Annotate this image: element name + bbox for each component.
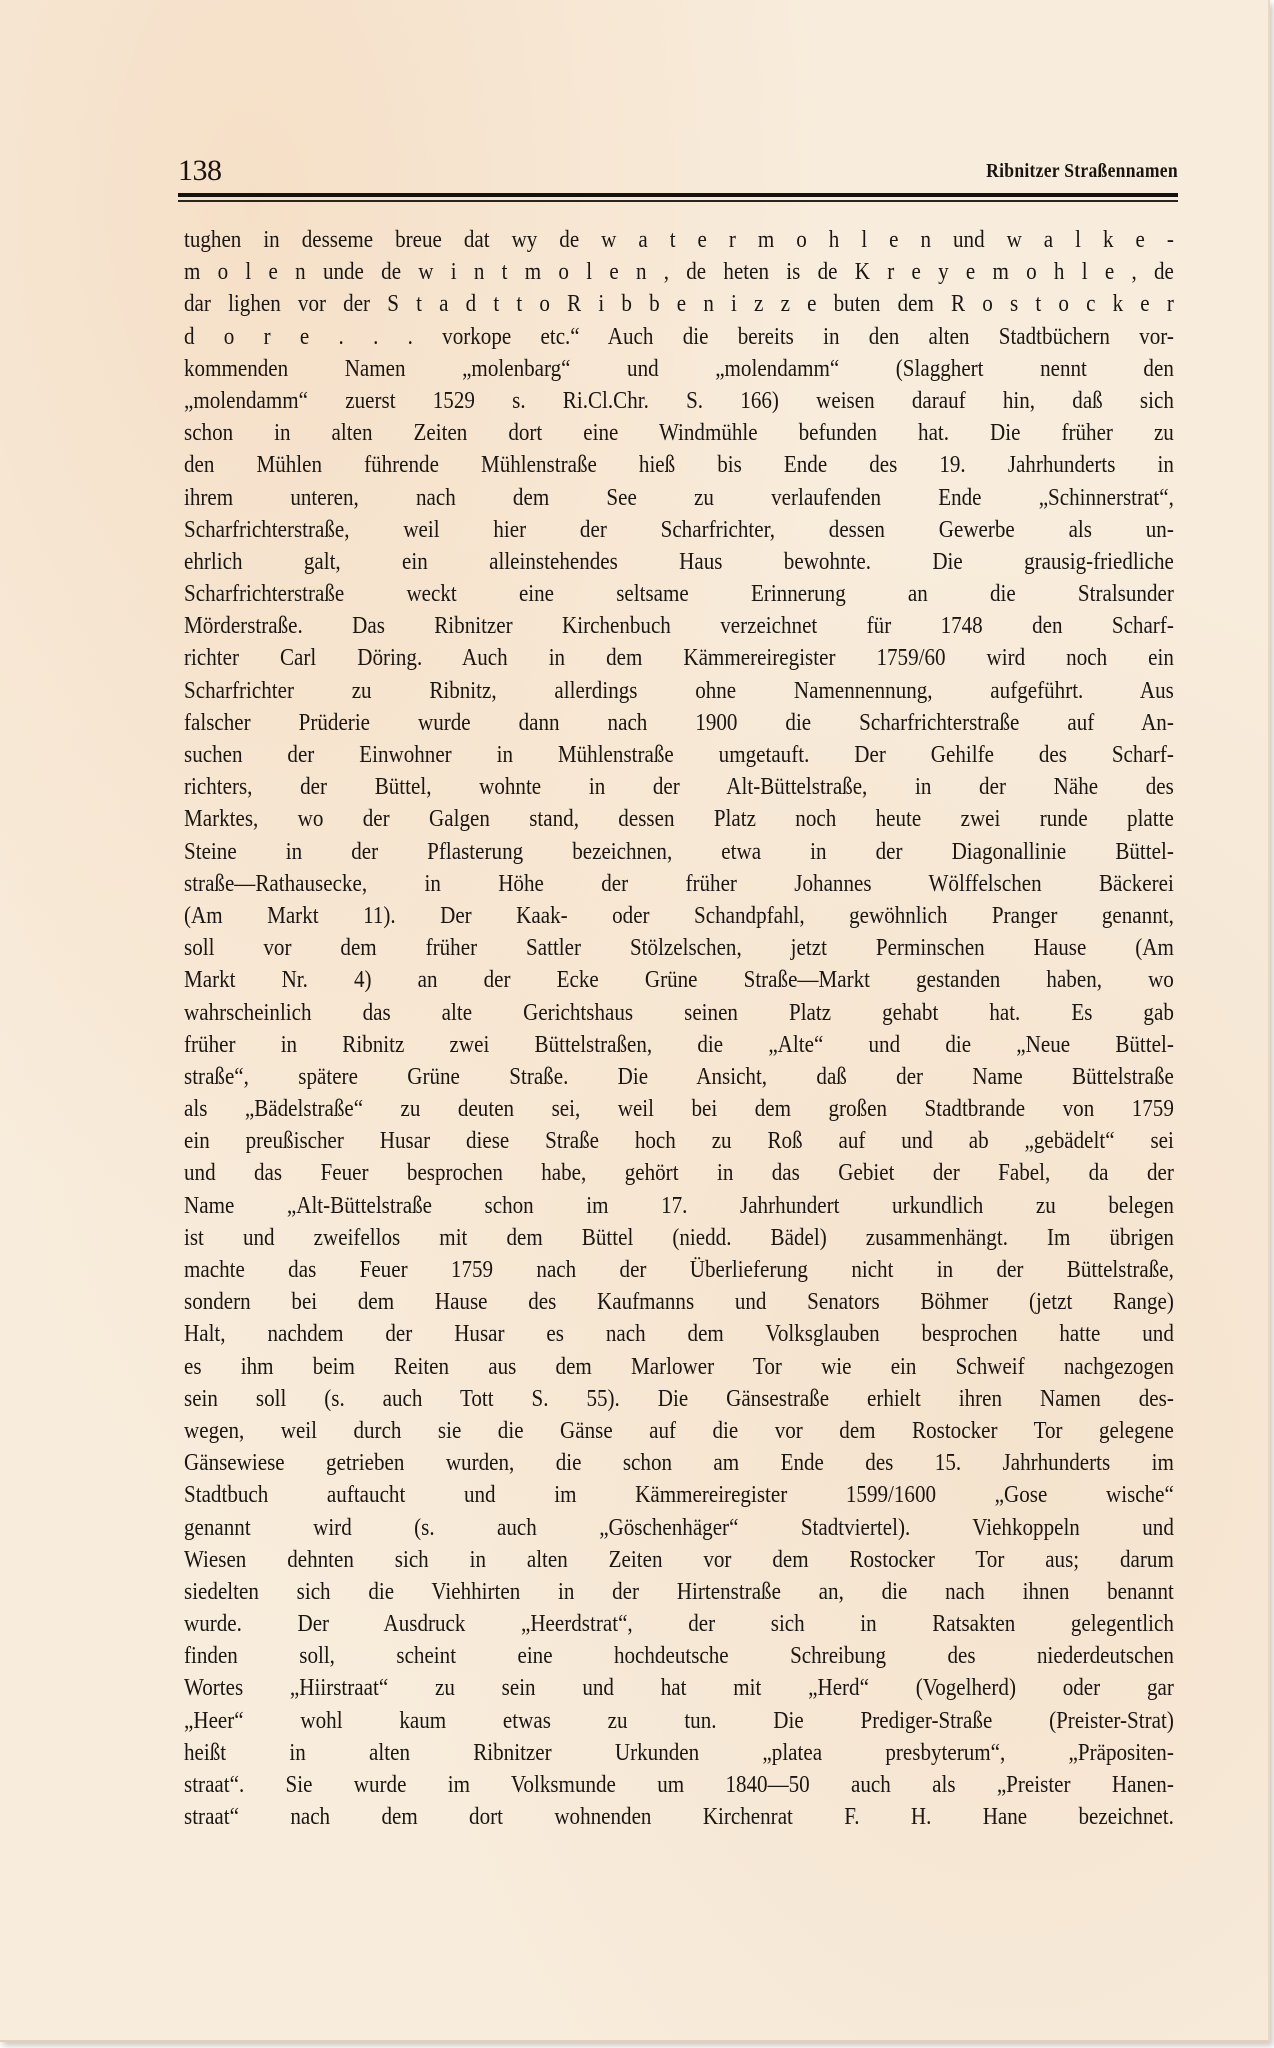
text-line <box>184 1833 1174 1865</box>
text-line: finden soll, scheint eine hochdeutsche S… <box>184 1640 1174 1672</box>
text-line: Scharfrichter zu Ribnitz, allerdings ohn… <box>184 675 1174 707</box>
text-line: straat“. Sie wurde im Volksmunde um 1840… <box>184 1769 1174 1801</box>
page-header: 138 Ribnitzer Straßennamen <box>178 152 1178 196</box>
text-line: Wortes „Hiirstraat“ zu sein und hat mit … <box>184 1672 1174 1704</box>
text-line: ein preußischer Husar diese Straße hoch … <box>184 1125 1174 1157</box>
text-line: wurde. Der Ausdruck „Heerdstrat“, der si… <box>184 1608 1174 1640</box>
text-line: sein soll (s. auch Tott S. 55). Die Gäns… <box>184 1383 1174 1415</box>
text-line: Wiesen dehnten sich in alten Zeiten vor … <box>184 1544 1174 1576</box>
text-line: dar lighen vor der S t a d t t o R i b b… <box>184 288 1174 320</box>
text-line: kommenden Namen „molenbarg“ und „molenda… <box>184 353 1174 385</box>
text-line: falscher Prüderie wurde dann nach 1900 d… <box>184 707 1174 739</box>
text-line: wahrscheinlich das alte Gerichtshaus sei… <box>184 997 1174 1029</box>
text-line: richters, der Büttel, wohnte in der Alt-… <box>184 771 1174 803</box>
text-line: heißt in alten Ribnitzer Urkunden „plate… <box>184 1737 1174 1769</box>
running-title: Ribnitzer Straßennamen <box>986 160 1178 183</box>
text-line: ihrem unteren, nach dem See zu verlaufen… <box>184 482 1174 514</box>
text-line: Marktes, wo der Galgen stand, dessen Pla… <box>184 803 1174 835</box>
text-line: ist und zweifellos mit dem Büttel (niedd… <box>184 1222 1174 1254</box>
text-line: d o r e . . . vorkope etc.“ Auch die ber… <box>184 321 1174 353</box>
body-paragraph: tughen in desseme breue dat wy de w a t … <box>184 224 1174 1866</box>
text-line: machte das Feuer 1759 nach der Überliefe… <box>184 1254 1174 1286</box>
text-line: Scharfrichterstraße, weil hier der Schar… <box>184 514 1174 546</box>
text-line: straße—Rathausecke, in Höhe der früher J… <box>184 868 1174 900</box>
text-line: straße“, spätere Grüne Straße. Die Ansic… <box>184 1061 1174 1093</box>
text-line: den Mühlen führende Mühlenstraße hieß bi… <box>184 449 1174 481</box>
header-rule-thick <box>178 193 1178 197</box>
text-line: suchen der Einwohner in Mühlenstraße umg… <box>184 739 1174 771</box>
text-line: es ihm beim Reiten aus dem Marlower Tor … <box>184 1351 1174 1383</box>
text-line: siedelten sich die Viehhirten in der Hir… <box>184 1576 1174 1608</box>
page-number: 138 <box>178 154 222 188</box>
text-line: ehrlich galt, ein alleinstehendes Haus b… <box>184 546 1174 578</box>
text-line: Steine in der Pflasterung bezeichnen, et… <box>184 836 1174 868</box>
text-line: sondern bei dem Hause des Kaufmanns und … <box>184 1286 1174 1318</box>
text-line: wegen, weil durch sie die Gänse auf die … <box>184 1415 1174 1447</box>
text-line: „Heer“ wohl kaum etwas zu tun. Die Predi… <box>184 1705 1174 1737</box>
text-line: Markt Nr. 4) an der Ecke Grüne Straße—Ma… <box>184 964 1174 996</box>
text-line: straat“ nach dem dort wohnenden Kirchenr… <box>184 1801 1174 1833</box>
text-line: schon in alten Zeiten dort eine Windmühl… <box>184 417 1174 449</box>
text-line: Halt, nachdem der Husar es nach dem Volk… <box>184 1318 1174 1350</box>
book-page: 138 Ribnitzer Straßennamen tughen in des… <box>0 0 1270 2042</box>
text-line: tughen in desseme breue dat wy de w a t … <box>184 224 1174 256</box>
text-line: „molendamm“ zuerst 1529 s. Ri.Cl.Chr. S.… <box>184 385 1174 417</box>
header-rule-thin <box>178 200 1178 202</box>
text-line: m o l e n unde de w i n t m o l e n , de… <box>184 256 1174 288</box>
text-line: Mörderstraße. Das Ribnitzer Kirchenbuch … <box>184 610 1174 642</box>
text-line: früher in Ribnitz zwei Büttelstraßen, di… <box>184 1029 1174 1061</box>
text-line: Scharfrichterstraße weckt eine seltsame … <box>184 578 1174 610</box>
text-line: genannt wird (s. auch „Göschenhäger“ Sta… <box>184 1512 1174 1544</box>
text-line: Gänsewiese getrieben wurden, die schon a… <box>184 1447 1174 1479</box>
text-line: als „Bädelstraße“ zu deuten sei, weil be… <box>184 1093 1174 1125</box>
text-line: und das Feuer besprochen habe, gehört in… <box>184 1157 1174 1189</box>
text-line: Stadtbuch auftaucht und im Kämmereiregis… <box>184 1479 1174 1511</box>
text-line: (Am Markt 11). Der Kaak- oder Schandpfah… <box>184 900 1174 932</box>
text-line: richter Carl Döring. Auch in dem Kämmere… <box>184 642 1174 674</box>
text-line: Name „Alt-Büttelstraße schon im 17. Jahr… <box>184 1190 1174 1222</box>
text-line: soll vor dem früher Sattler Stölzelschen… <box>184 932 1174 964</box>
